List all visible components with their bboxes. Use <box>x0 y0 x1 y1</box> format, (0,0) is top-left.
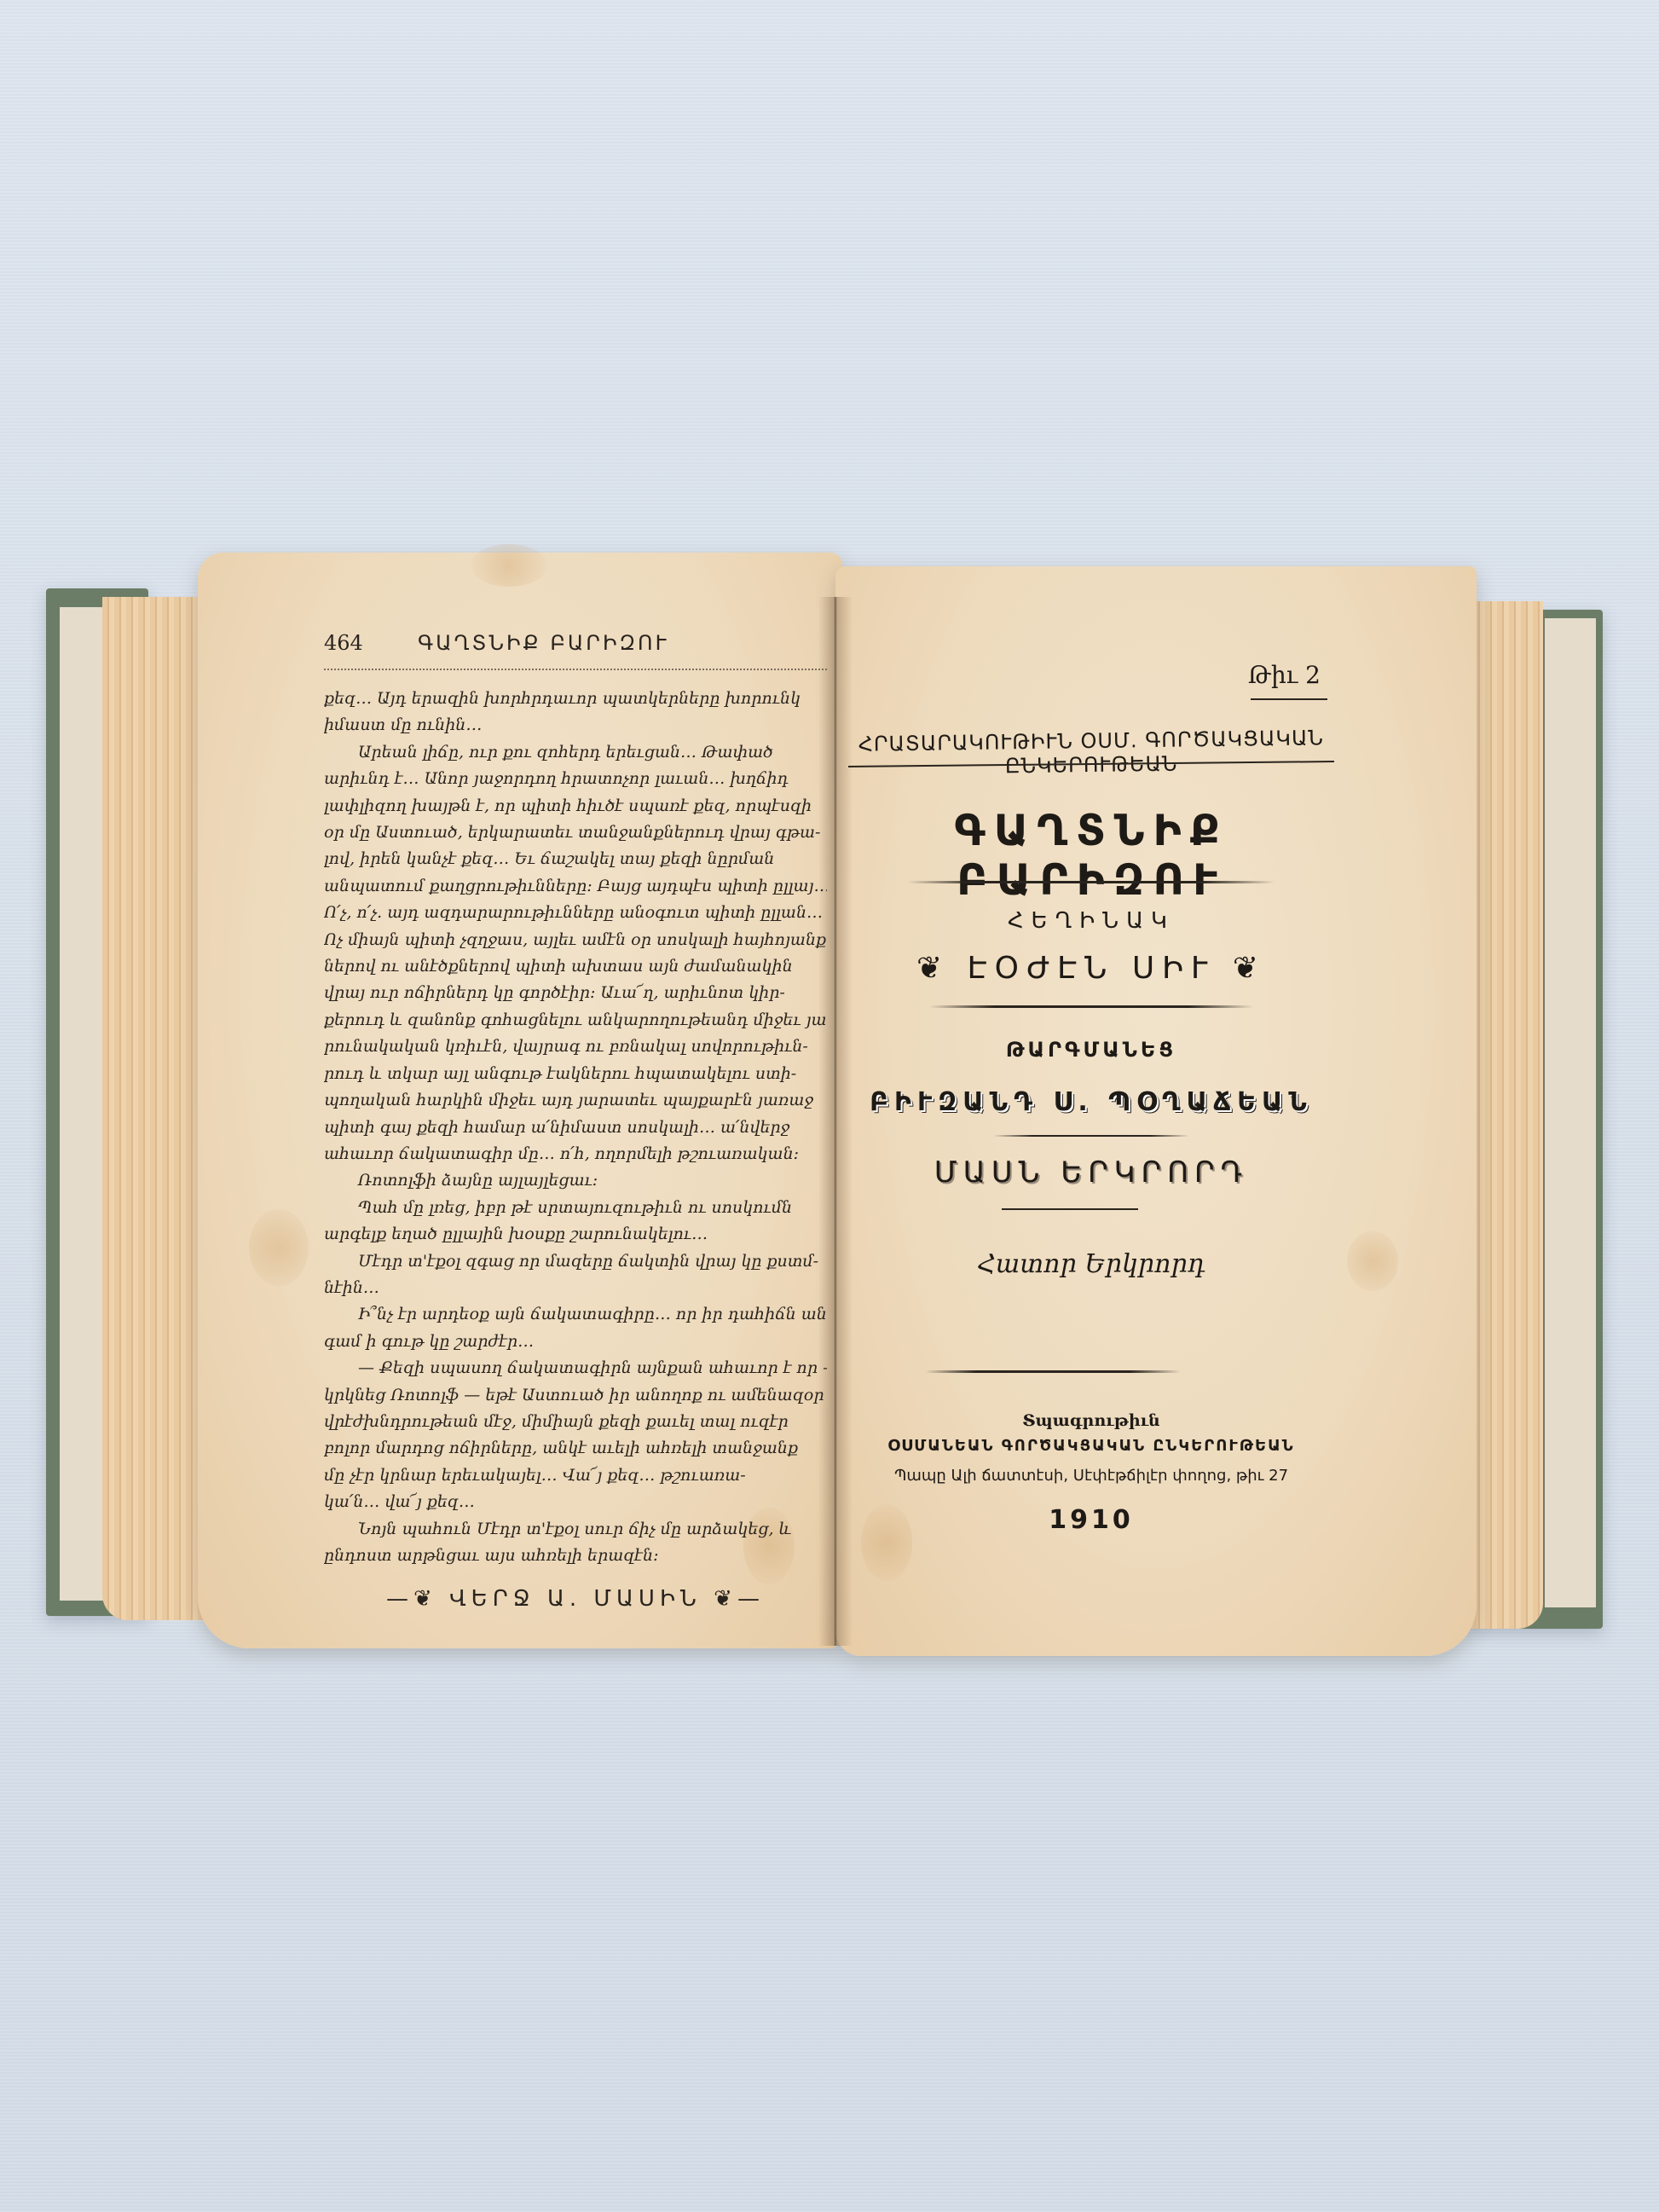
text-line: օր մը Աստուած, երկարատեւ տանջանքներուդ վ… <box>324 819 827 846</box>
fleuron-icon: —❦ <box>386 1586 437 1612</box>
printer-name: ՕՍՄԱՆԵԱՆ ԳՈՐԾԱԿՑԱԿԱՆ ԸՆԿԵՐՈՒԹԵԱՆ <box>848 1437 1334 1455</box>
text-line: լով, իրեն կանչէ քեզ… Եւ ճաշակել տայ քեզի… <box>324 846 827 872</box>
printer-address: Պապը Ալի ճատտէսի, Սէփէթճիլէր փողոց, թիւ … <box>848 1467 1334 1485</box>
text-line: վրայ ուր ոճիրներդ կը գործէիր: Աւա՜ղ, արի… <box>324 980 827 1006</box>
text-line: ահաւոր ճակատագիր մը… ո՛հ, ողորմելի թշուա… <box>324 1141 827 1167</box>
volume-number: Թիւ 2 <box>1248 661 1321 689</box>
publisher-header: ՀՐԱՏԱՐԱԿՈՒԹԻՒՆ ՕՍՄ. ԳՈՐԾԱԿՑԱԿԱՆ ԸՆԿԵՐՈՒԹ… <box>848 726 1335 780</box>
text-line: Ոչ միայն պիտի չզղջաս, այլեւ ամէն օր սոսկ… <box>324 927 827 953</box>
page-number: 464 <box>324 631 418 655</box>
volume-ornament <box>1251 698 1327 700</box>
translator-label: ԹԱՐԳՄԱՆԵՑ <box>848 1038 1334 1062</box>
part-rule <box>1002 1208 1138 1210</box>
printer-label: Տպագրութիւն <box>848 1411 1334 1430</box>
publication-year: 1910 <box>848 1505 1334 1535</box>
running-title: ԳԱՂՏՆԻՔ ԲԱՐԻԶՈՒ <box>418 631 669 655</box>
text-line: իմաստ մը ունին… <box>324 712 827 738</box>
text-line: պիտի գայ քեզի համար ա՛նիմաստ սոսկալի… ա՛… <box>324 1115 827 1141</box>
text-line: քերուդ և զանոնք գոհացնելու անկարողութեան… <box>324 1007 827 1034</box>
text-line: վրէժխնդրութեան մէջ, միմիայն քեզի քաւել տ… <box>324 1409 827 1435</box>
left-page-content: 464 ԳԱՂՏՆԻՔ ԲԱՐԻԶՈՒ քեզ… Այդ երազին խորհ… <box>324 631 827 1612</box>
imprint-ornament-rule <box>925 1370 1181 1373</box>
fleuron-icon: ❦— <box>714 1586 765 1612</box>
text-line: Մէդր տ'էքօլ զգաց որ մազերը ճակտին վրայ կ… <box>324 1248 827 1275</box>
fleuron-icon: ❦ <box>1215 951 1266 986</box>
text-line: Պահ մը լռեց, իբր թէ սրտայուզութիւն ու սո… <box>324 1195 827 1221</box>
text-line: Ռոտոլֆի ձայնը այլայլեցաւ: <box>324 1167 827 1194</box>
book-title: ԳԱՂՏՆԻՔ ԲԱՐԻԶՈՒ <box>848 806 1334 905</box>
author-label: ՀԵՂԻՆԱԿ <box>848 908 1334 934</box>
author-ornament-rule <box>929 1005 1253 1008</box>
fleuron-icon: ❦ <box>916 951 968 986</box>
text-line: արիւնդ է… Անոր յաջորդող հրատոչոր լաւան… … <box>324 766 827 792</box>
text-line: ներով ու անէծքներով պիտի ախտաս այն ժաման… <box>324 953 827 980</box>
text-line: պողական հարկին միջեւ այդ յարատեւ պայքարէ… <box>324 1087 827 1114</box>
text-line: նէին… <box>324 1275 827 1301</box>
text-line: կրկնեց Ռոտոլֆ — եթէ Աստուած իր անողոք ու… <box>324 1382 827 1409</box>
author-text: ԷՕԺԷՆ ՍԻՒ <box>968 951 1216 986</box>
running-header: 464 ԳԱՂՏՆԻՔ ԲԱՐԻԶՈՒ <box>324 631 827 655</box>
author-name: ❦ ԷՕԺԷՆ ՍԻՒ ❦ <box>848 951 1334 986</box>
endpaper-right <box>1545 618 1596 1607</box>
part-label: ՄԱՍՆ ԵՐԿՐՈՐԴ <box>848 1155 1334 1190</box>
text-line: անպատում քաղցրութիւնները: Բայց այդպէս պի… <box>324 873 827 900</box>
text-line: Արեան լիճը, ուր քու զոհերդ երեւցան… Թափա… <box>324 739 827 766</box>
end-of-part-text: ՎԵՐՋ Ա. ՄԱՍԻՆ <box>449 1586 702 1612</box>
text-line: գամ ի գութ կը շարժէր… <box>324 1329 827 1355</box>
header-rule <box>324 669 827 670</box>
foxing-stain <box>249 1209 309 1286</box>
translator-name: ԲԻՒԶԱՆԴ Ս. ՊՕՂԱՃԵԱՆ <box>848 1087 1334 1117</box>
text-line: Ի՞նչ էր արդեօք այն ճակատագիրը… որ իր դահ… <box>324 1301 827 1328</box>
text-line: լափլիզող խայթն է, որ պիտի հիւծէ սպառէ քե… <box>324 793 827 819</box>
translator-ornament-rule <box>993 1135 1189 1137</box>
text-line: բոլոր մարդոց ոճիրները, անկէ աւելի ահռելի… <box>324 1435 827 1462</box>
foxing-stain <box>471 544 547 587</box>
text-line: քեզ… Այդ երազին խորհրդաւոր պատկերները խո… <box>324 686 827 712</box>
text-line: կա՛ն… վա՜յ քեզ… <box>324 1489 827 1515</box>
text-line: րունակական կռիւէն, վայրագ ու բռնակալ սով… <box>324 1034 827 1060</box>
text-line: մը չէր կրնար երեւակայել… Վա՜յ քեզ… թշուա… <box>324 1462 827 1489</box>
body-text: քեզ… Այդ երազին խորհրդաւոր պատկերները խո… <box>324 686 827 1569</box>
text-line: Նոյն պահուն Մէդր տ'էքօլ սուր ճիչ մը արձա… <box>324 1516 827 1543</box>
title-ornament-rule <box>908 881 1275 883</box>
text-line: Ո՛չ, ո՛չ. այդ ազդարարութիւնները անօգուտ … <box>324 900 827 926</box>
text-line: — Քեզի սպասող ճակատագիրն այնքան ահաւոր է… <box>324 1355 827 1381</box>
text-line: րուդ և տկար այլ անգութ էակներու հպատակել… <box>324 1061 827 1087</box>
text-line: ընդոստ արթնցաւ այս ահռելի երազէն: <box>324 1543 827 1569</box>
foxing-stain <box>1347 1231 1398 1291</box>
text-line: արգելք եղած ըլլային խօսքը շարունակելու… <box>324 1221 827 1248</box>
end-of-part-mark: —❦ ՎԵՐՋ Ա. ՄԱՍԻՆ ❦— <box>324 1586 827 1612</box>
open-book: 464 ԳԱՂՏՆԻՔ ԲԱՐԻԶՈՒ քեզ… Այդ երազին խորհ… <box>0 0 1659 2212</box>
volume-label: Հատոր Երկրորդ <box>848 1249 1334 1279</box>
